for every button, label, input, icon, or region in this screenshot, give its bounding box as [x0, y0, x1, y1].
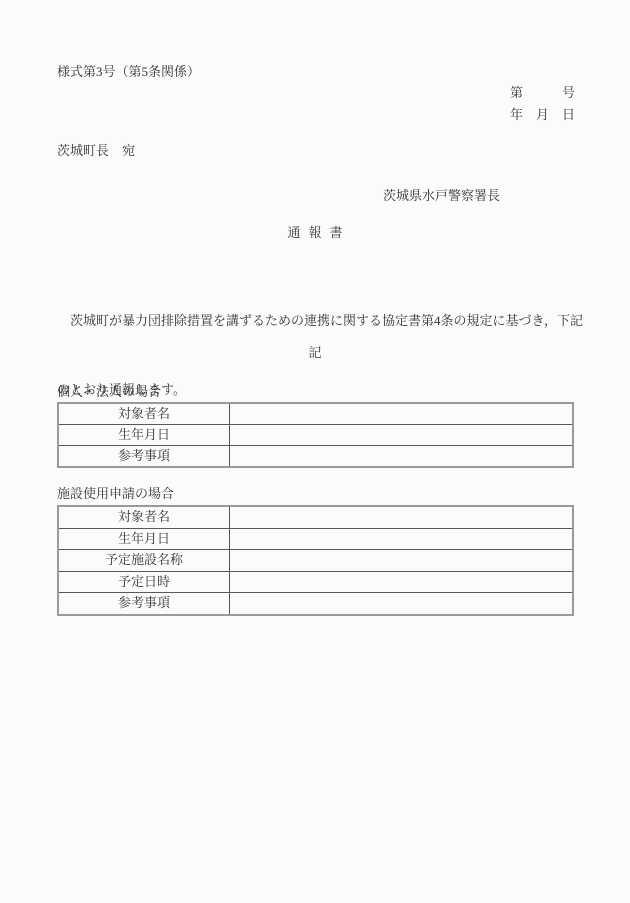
- row-value-cell: [230, 506, 574, 528]
- facility-use-table: 対象者名 生年月日 予定施設名称 予定日時 参考事項: [57, 505, 574, 616]
- row-value-cell: [230, 593, 574, 615]
- document-number-line: 第 号: [510, 85, 575, 101]
- table-row: 予定施設名称: [58, 550, 573, 572]
- table-row: 対象者名: [58, 506, 573, 528]
- addressee-line: 茨城町長 宛: [57, 143, 135, 159]
- row-value-cell: [230, 550, 574, 572]
- row-value-cell: [230, 446, 574, 468]
- row-value-cell: [230, 528, 574, 550]
- date-line: 年 月 日: [510, 107, 575, 123]
- table-row: 生年月日: [58, 528, 573, 550]
- document-title: 通報書: [0, 225, 630, 241]
- row-value-cell: [230, 571, 574, 593]
- row-label-cell: 参考事項: [58, 446, 230, 468]
- form-number-label: 様式第3号（第5条関係）: [57, 64, 200, 80]
- table-row: 参考事項: [58, 446, 573, 468]
- row-label-cell: 予定施設名称: [58, 550, 230, 572]
- row-value-cell: [230, 403, 574, 425]
- table-caption-facility-use: 施設使用申請の場合: [57, 486, 174, 502]
- table-row: 対象者名: [58, 403, 573, 425]
- record-marker: 記: [0, 345, 630, 361]
- row-label-cell: 生年月日: [58, 528, 230, 550]
- row-label-cell: 対象者名: [58, 403, 230, 425]
- individual-corporate-table: 対象者名 生年月日 参考事項: [57, 402, 574, 468]
- table-row: 予定日時: [58, 571, 573, 593]
- table-caption-individual-corporate: 個人・法人の場合: [57, 384, 161, 400]
- body-line-1: 茨城町が暴力団排除措置を講ずるための連携に関する協定書第4条の規定に基づき，下記: [57, 309, 577, 332]
- row-label-cell: 参考事項: [58, 593, 230, 615]
- row-label-cell: 生年月日: [58, 425, 230, 446]
- table-row: 生年月日: [58, 425, 573, 446]
- row-label-cell: 対象者名: [58, 506, 230, 528]
- document-page: 様式第3号（第5条関係） 第 号 年 月 日 茨城町長 宛 茨城県水戸警察署長 …: [0, 0, 630, 903]
- row-value-cell: [230, 425, 574, 446]
- table-row: 参考事項: [58, 593, 573, 615]
- row-label-cell: 予定日時: [58, 571, 230, 593]
- sender-line: 茨城県水戸警察署長: [383, 188, 500, 204]
